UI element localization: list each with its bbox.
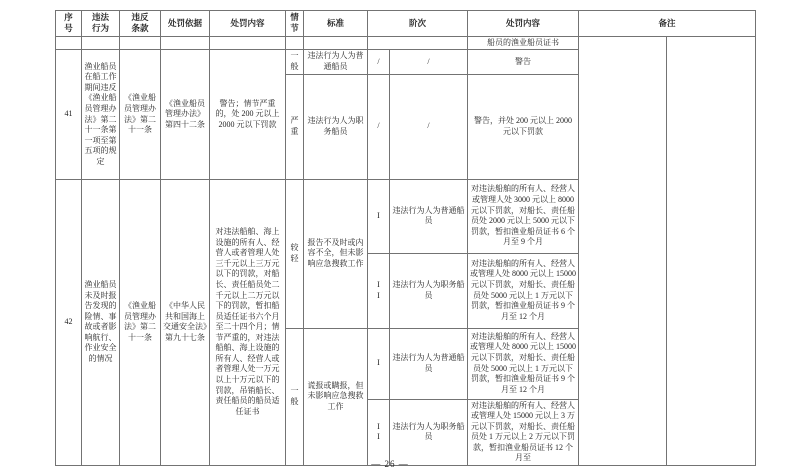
header-circumstance: 情节 — [286, 11, 304, 37]
empty-cell — [82, 36, 120, 50]
header-clause: 违反条款 — [120, 11, 161, 37]
tier-desc-cell: / — [390, 50, 468, 74]
header-basis: 处罚依据 — [161, 11, 210, 37]
tier-penalty-cell: 对违法船舶的所有人、经营人或管理人处 3000 元以上 8000 元以下罚款，对… — [468, 179, 579, 253]
empty-cell — [161, 36, 210, 50]
remark-cell — [667, 36, 756, 465]
document-page: 序号 违法行为 违反条款 处罚依据 处罚内容 情节 标准 阶次 处罚内容 备注 — [0, 0, 800, 474]
tier-cell: II — [368, 253, 390, 328]
penalty-standards-table: 序号 违法行为 违反条款 处罚依据 处罚内容 情节 标准 阶次 处罚内容 备注 — [55, 10, 756, 466]
header-circumstance-label: 情节 — [290, 12, 300, 35]
empty-cell — [286, 36, 304, 50]
circumstance-cell: 一般 — [286, 50, 304, 74]
standard-cell: 报告不及时或内容不全，但未影响应急搜救工作 — [304, 179, 368, 328]
tier-penalty-cell: 对违法船舶的所有人、经营人或管理人处 15000 元以上 3 万元以下罚款，对船… — [468, 399, 579, 465]
header-remark: 备注 — [579, 11, 756, 37]
tier-cell: / — [368, 50, 390, 74]
header-standard: 标准 — [304, 11, 368, 37]
seq-cell: 41 — [56, 50, 82, 179]
tier-label: II — [376, 422, 381, 443]
circumstance-cell: 严重 — [286, 74, 304, 179]
continuation-row: 船员的渔业船员证书 — [56, 36, 756, 50]
tier-label: I — [377, 358, 380, 369]
tier-desc-cell: / — [390, 74, 468, 179]
empty-cell — [368, 36, 468, 50]
empty-cell — [56, 36, 82, 50]
tier-desc-cell: 违法行为人为职务船员 — [390, 253, 468, 328]
remark-cell — [579, 36, 667, 465]
seq-cell: 42 — [56, 179, 82, 465]
circumstance-cell: 一般 — [286, 328, 304, 465]
tier-penalty-cell: 警告 — [468, 50, 579, 74]
behavior-cell: 渔业船员在船工作期间违反《渔业船员管理办法》第二十一条第一项至第五项的规定 — [82, 50, 120, 179]
header-tier: 阶次 — [368, 11, 468, 37]
penalty-summary-cell: 对违法船舶、海上设施的所有人、经营人或者管理人处三千元以上三万元以下的罚款，对船… — [210, 179, 286, 465]
tier-cell: / — [368, 74, 390, 179]
tier-label: II — [376, 280, 381, 301]
tier-desc-cell: 违法行为人为普通船员 — [390, 328, 468, 399]
clause-cell: 《渔业船员管理办法》第二十一条 — [120, 179, 161, 465]
header-tier-penalty: 处罚内容 — [468, 11, 579, 37]
empty-cell — [304, 36, 368, 50]
header-seq: 序号 — [56, 11, 82, 37]
tier-cell: I — [368, 179, 390, 253]
empty-cell — [210, 36, 286, 50]
header-clause-label: 违反条款 — [131, 12, 149, 35]
standard-cell: 违法行为人为普通船员 — [304, 50, 368, 74]
behavior-cell: 渔业船员未及时报告发现的险情、事故或者影响航行、作业安全的情况 — [82, 179, 120, 465]
standard-cell: 谎报或瞒报，但未影响应急搜救工作 — [304, 328, 368, 465]
basis-cell: 《渔业船员管理办法》第四十二条 — [161, 50, 210, 179]
tier-penalty-cell: 警告，并处 200 元以上 2000 元以下罚款 — [468, 74, 579, 179]
basis-cell: 《中华人民共和国海上交通安全法》第九十七条 — [161, 179, 210, 465]
header-row: 序号 违法行为 违反条款 处罚依据 处罚内容 情节 标准 阶次 处罚内容 备注 — [56, 11, 756, 37]
tier-cell: I — [368, 328, 390, 399]
penalty-summary-cell: 警告；情节严重的，处 200 元以上 2000 元以下罚款 — [210, 50, 286, 179]
tier-penalty-cell: 对违法船舶的所有人、经营人或管理人处 8000 元以上 15000 元以下罚款，… — [468, 328, 579, 399]
empty-cell — [120, 36, 161, 50]
clause-cell: 《渔业船员管理办法》第二十一条 — [120, 50, 161, 179]
tier-desc-cell: 违法行为人为普通船员 — [390, 179, 468, 253]
header-penalty: 处罚内容 — [210, 11, 286, 37]
standard-cell: 违法行为人为职务船员 — [304, 74, 368, 179]
header-behavior: 违法行为 — [82, 11, 120, 37]
tier-label: I — [377, 211, 380, 222]
header-seq-label: 序号 — [64, 12, 74, 35]
circumstance-cell: 较轻 — [286, 179, 304, 328]
continuation-penalty-cell: 船员的渔业船员证书 — [468, 36, 579, 50]
tier-desc-cell: 违法行为人为职务船员 — [390, 399, 468, 465]
tier-penalty-cell: 对违法船舶的所有人、经营人或管理人处 8000 元以上 15000 元以下罚款，… — [468, 253, 579, 328]
page-number: — 26 — — [0, 459, 780, 469]
header-behavior-label: 违法行为 — [92, 12, 110, 35]
tier-cell: II — [368, 399, 390, 465]
